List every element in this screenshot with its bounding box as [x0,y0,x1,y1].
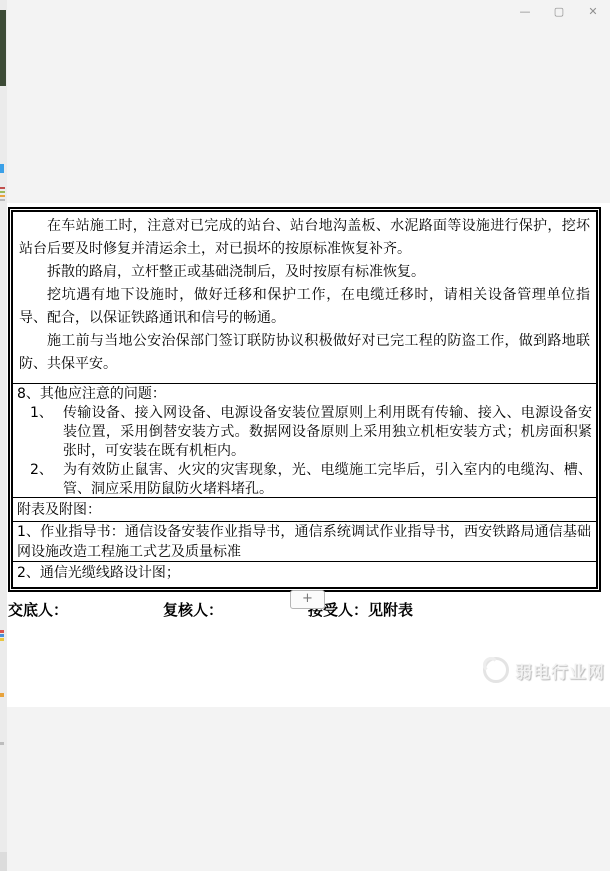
add-page-button[interactable]: + [290,590,325,609]
section8-item: 1、 传输设备、接入网设备、电源设备安装位置原则上利用既有传输、接入、电源设备安… [17,404,592,461]
technical-disclosure-table: 在车站施工时，注意对已完成的站台、站台地沟盖板、水泥路面等设施进行保护，挖坏站台… [8,207,601,592]
list-number: 1、 [30,404,53,423]
minimize-button[interactable]: — [508,2,542,20]
attachment-item-cell: 1、作业指导书：通信设备安装作业指导书，通信系统调试作业指导书，西安铁路局通信基… [13,521,596,561]
note-paragraph: 施工前与当地公安治保部门签订联防协议积极做好对已完工程的防盗工作，做到路地联防、… [19,330,590,376]
window-titlebar: — ▢ ✕ [0,0,610,22]
sliver-segment [0,191,5,193]
watermark: 弱电行业网 [483,657,605,683]
reviewer-label: 复核人： [163,599,223,620]
sliver-segment [0,638,4,641]
app-background-bottom [0,707,610,871]
window-controls: — ▢ ✕ [508,2,610,20]
sliver-segment [0,852,7,871]
background-window-sliver [0,0,7,871]
sliver-segment [0,195,5,197]
note-paragraph: 在车站施工时，注意对已完成的站台、站台地沟盖板、水泥路面等设施进行保护，挖坏站台… [19,215,590,261]
list-number: 2、 [30,461,53,480]
sliver-segment [0,630,4,633]
sliver-segment [0,164,4,173]
close-button[interactable]: ✕ [576,2,610,20]
section8-title: 8、其他应注意的问题： [17,385,592,404]
briefer-label: 交底人： [8,599,68,620]
section8-cell: 8、其他应注意的问题： 1、 传输设备、接入网设备、电源设备安装位置原则上利用既… [13,383,596,497]
attachment-item-cell: 2、通信光缆线路设计图； [13,561,596,583]
section8-item: 2、 为有效防止鼠害、火灾的灾害现象，光、电缆施工完毕后，引入室内的电缆沟、槽、… [17,461,592,497]
attachments-header-cell: 附表及附图： [13,497,596,521]
sliver-segment [0,634,4,637]
sliver-segment [0,693,4,697]
construction-notes-cell: 在车站施工时，注意对已完成的站台、站台地沟盖板、水泥路面等设施进行保护，挖坏站台… [13,212,596,383]
sliver-segment [0,187,5,189]
maximize-button[interactable]: ▢ [542,2,576,20]
note-paragraph: 拆散的路肩，立杆整正或基础浇制后，及时按原有标准恢复。 [19,261,590,284]
watermark-text: 弱电行业网 [515,658,605,683]
sliver-segment [0,742,4,745]
list-text: 传输设备、接入网设备、电源设备安装位置原则上利用既有传输、接入、电源设备安装位置… [63,405,592,459]
note-paragraph: 挖坑遇有地下设施时，做好迁移和保护工作，在电缆迁移时，请相关设备管理单位指导、配… [19,284,590,330]
watermark-logo-icon [483,657,509,683]
list-text: 为有效防止鼠害、火灾的灾害现象，光、电缆施工完毕后，引入室内的电缆沟、槽、管、洞… [63,462,592,497]
sliver-segment [0,199,5,201]
